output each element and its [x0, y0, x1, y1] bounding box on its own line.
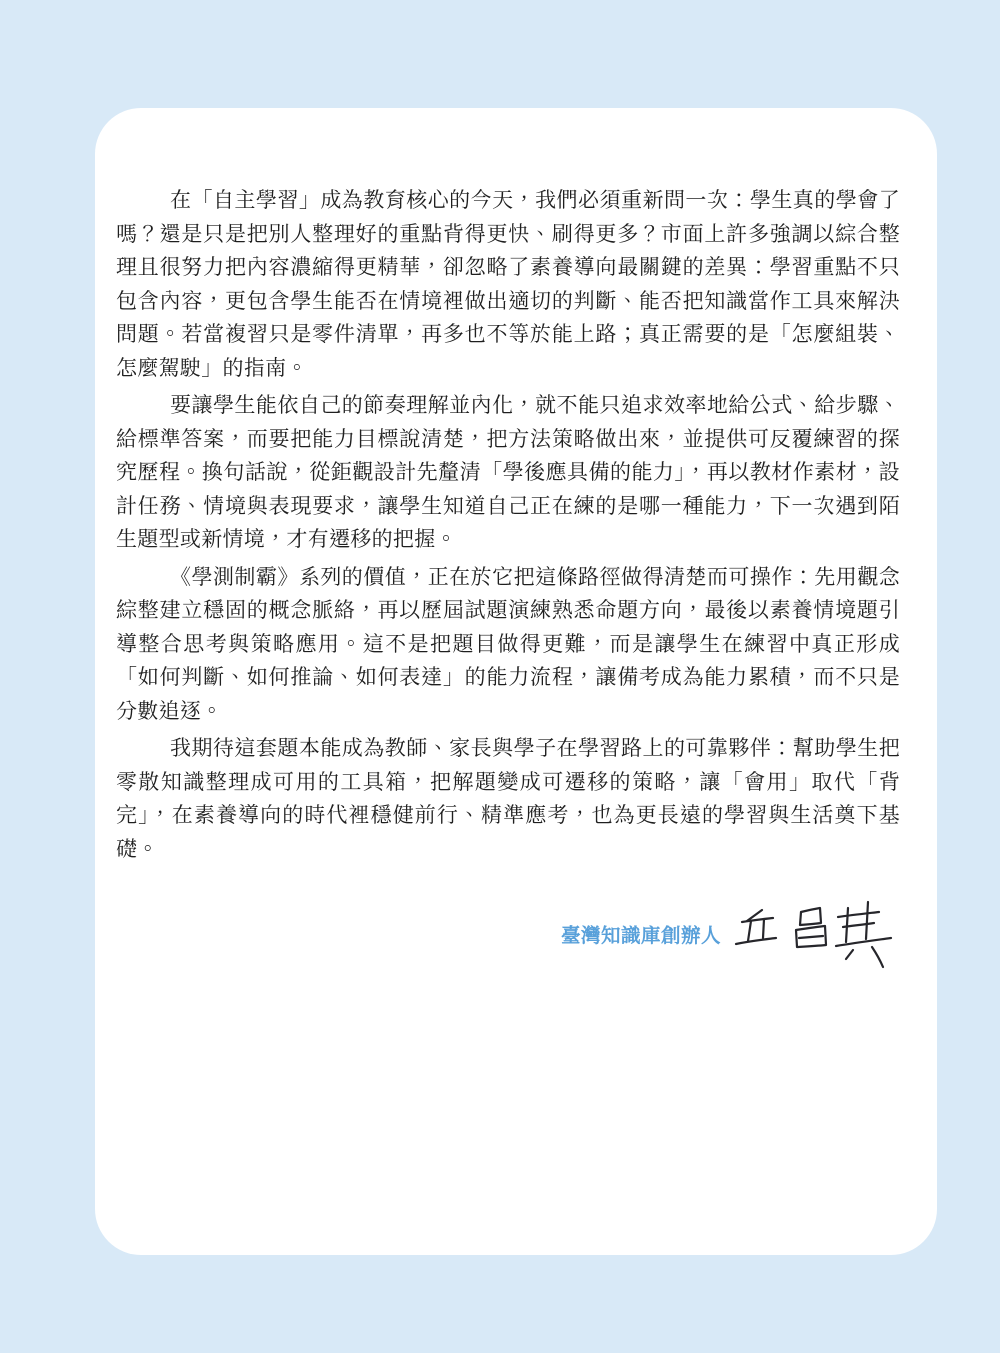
page-background: 在「自主學習」成為教育核心的今天，我們必須重新問一次：學生真的學會了嗎？還是只是…	[0, 0, 1000, 1353]
preface-paragraph-1: 在「自主學習」成為教育核心的今天，我們必須重新問一次：學生真的學會了嗎？還是只是…	[116, 184, 900, 385]
signer-title: 臺灣知識庫創辦人	[561, 920, 721, 948]
preface-body: 在「自主學習」成為教育核心的今天，我們必須重新問一次：學生真的學會了嗎？還是只是…	[116, 184, 900, 866]
preface-paragraph-2: 要讓學生能依自己的節奏理解並內化，就不能只追求效率地給公式、給步驟、給標準答案，…	[116, 389, 900, 557]
preface-paragraph-3: 《學測制霸》系列的價值，正在於它把這條路徑做得清楚而可操作：先用觀念綜整建立穩固…	[116, 561, 900, 729]
preface-paragraph-4: 我期待這套題本能成為教師、家長與學子在學習路上的可靠夥伴：幫助學生把零散知識整理…	[116, 732, 900, 866]
signature-handwriting	[730, 885, 900, 985]
preface-card: 在「自主學習」成為教育核心的今天，我們必須重新問一次：學生真的學會了嗎？還是只是…	[95, 108, 937, 1255]
signature-block: 臺灣知識庫創辦人	[116, 870, 900, 1010]
